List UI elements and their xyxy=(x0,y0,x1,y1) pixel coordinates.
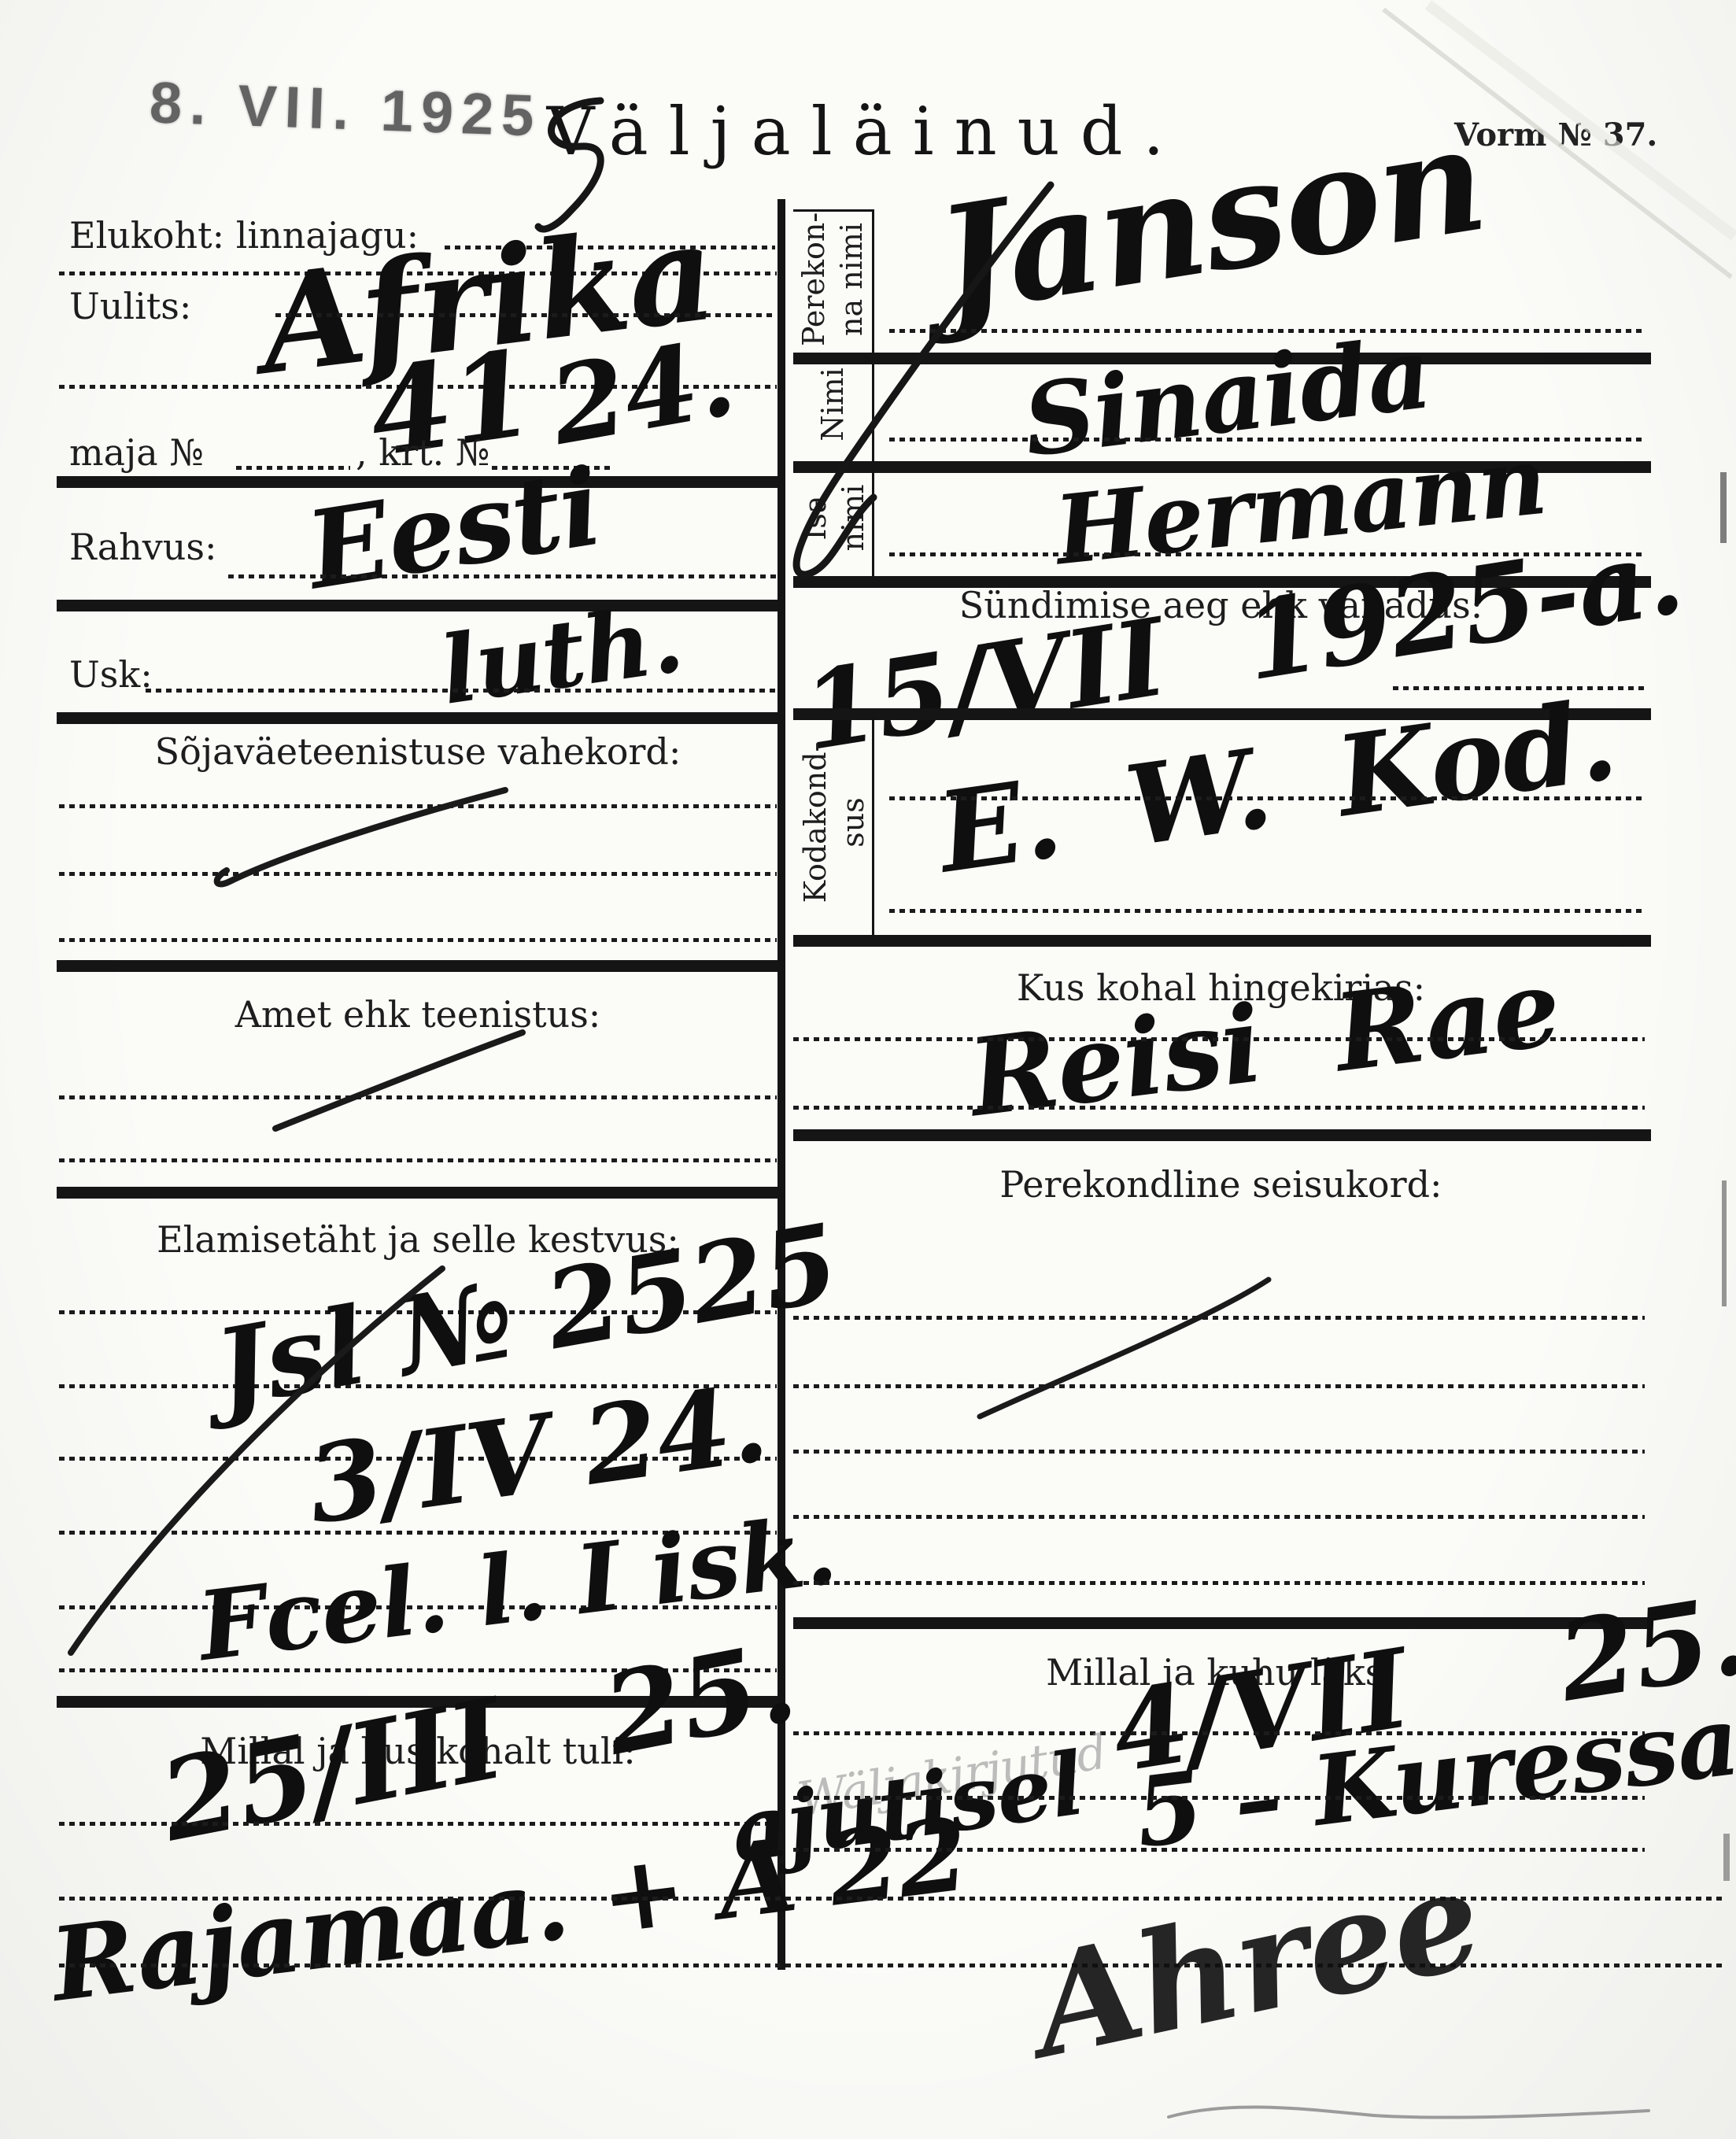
scan-edge-mark xyxy=(1723,1834,1730,1881)
dotted-line xyxy=(793,1581,1645,1585)
registration-card: 8. VII. 1925 Väljaläinud. Vorm № 37. Elu… xyxy=(0,0,1736,2139)
citizenship-label-line1: Kodakond- xyxy=(796,715,834,930)
military-heading: Sõjaväeteenistuse vahekord: xyxy=(59,730,777,773)
dotted-line xyxy=(793,1515,1645,1519)
signature-scrawl: Ahree xyxy=(1019,1838,1494,2089)
pencil-squiggle-mark xyxy=(1169,2107,1649,2117)
firstname-label-text: Nimi xyxy=(814,354,851,455)
dotted-line xyxy=(793,1316,1645,1320)
street-label: Uulits: xyxy=(69,285,191,327)
dotted-line xyxy=(59,804,777,808)
family-heading: Perekondline seisukord: xyxy=(793,1163,1649,1206)
label-cell-divider xyxy=(872,712,874,935)
dotted-line xyxy=(793,1106,1645,1110)
house-number-label: maja № xyxy=(69,431,204,474)
dotted-line xyxy=(59,872,777,876)
surname-label-line1: Perekon- xyxy=(795,212,833,346)
citizenship-label-line2: sus xyxy=(834,715,872,930)
surname-label: Perekon- na nimi xyxy=(795,212,870,346)
dotted-line xyxy=(59,1158,777,1162)
dotted-line xyxy=(59,1095,777,1099)
nationality-label: Rahvus: xyxy=(69,526,216,568)
dotted-line xyxy=(889,909,1645,913)
family-strike-mark xyxy=(980,1280,1269,1417)
firstname-label: Nimi xyxy=(814,354,851,455)
scan-edge-mark xyxy=(1720,472,1727,543)
religion-label: Usk: xyxy=(69,653,153,696)
patronymic-label-line2: nimi xyxy=(834,464,872,571)
occupation-heading: Amet ehk teenistus: xyxy=(59,993,777,1036)
dotted-line xyxy=(889,329,1645,333)
citizenship-label: Kodakond- sus xyxy=(796,715,872,930)
dotted-line xyxy=(275,313,777,317)
dotted-line xyxy=(793,1848,1645,1852)
patronymic-label-line1: Isa xyxy=(796,464,834,571)
dotted-line xyxy=(228,574,777,578)
dotted-line xyxy=(889,796,1645,800)
dotted-line xyxy=(59,1897,1723,1901)
dotted-line xyxy=(793,1384,1645,1388)
patronymic-label: Isa nimi xyxy=(796,464,872,571)
dotted-line xyxy=(793,1450,1645,1454)
dotted-line xyxy=(59,1822,777,1826)
date-stamp: 8. VII. 1925 xyxy=(149,68,543,149)
rule-bar xyxy=(57,712,778,724)
dotted-line xyxy=(236,466,350,470)
rule-bar xyxy=(57,960,778,972)
form-number: Vorm № 37. xyxy=(1454,116,1657,153)
label-cell-top-line xyxy=(793,209,872,212)
dotted-line xyxy=(146,689,777,693)
rule-bar xyxy=(57,1187,778,1199)
dotted-line xyxy=(793,1796,1645,1800)
scan-edge-mark xyxy=(1722,1180,1727,1306)
occupation-strike-mark xyxy=(275,1033,523,1129)
rule-bar xyxy=(793,935,1651,947)
rule-bar xyxy=(793,1129,1651,1141)
surname-label-line2: na nimi xyxy=(833,212,870,346)
dotted-line xyxy=(793,1037,1645,1041)
dotted-line xyxy=(59,938,777,942)
label-cell-divider xyxy=(872,209,874,576)
